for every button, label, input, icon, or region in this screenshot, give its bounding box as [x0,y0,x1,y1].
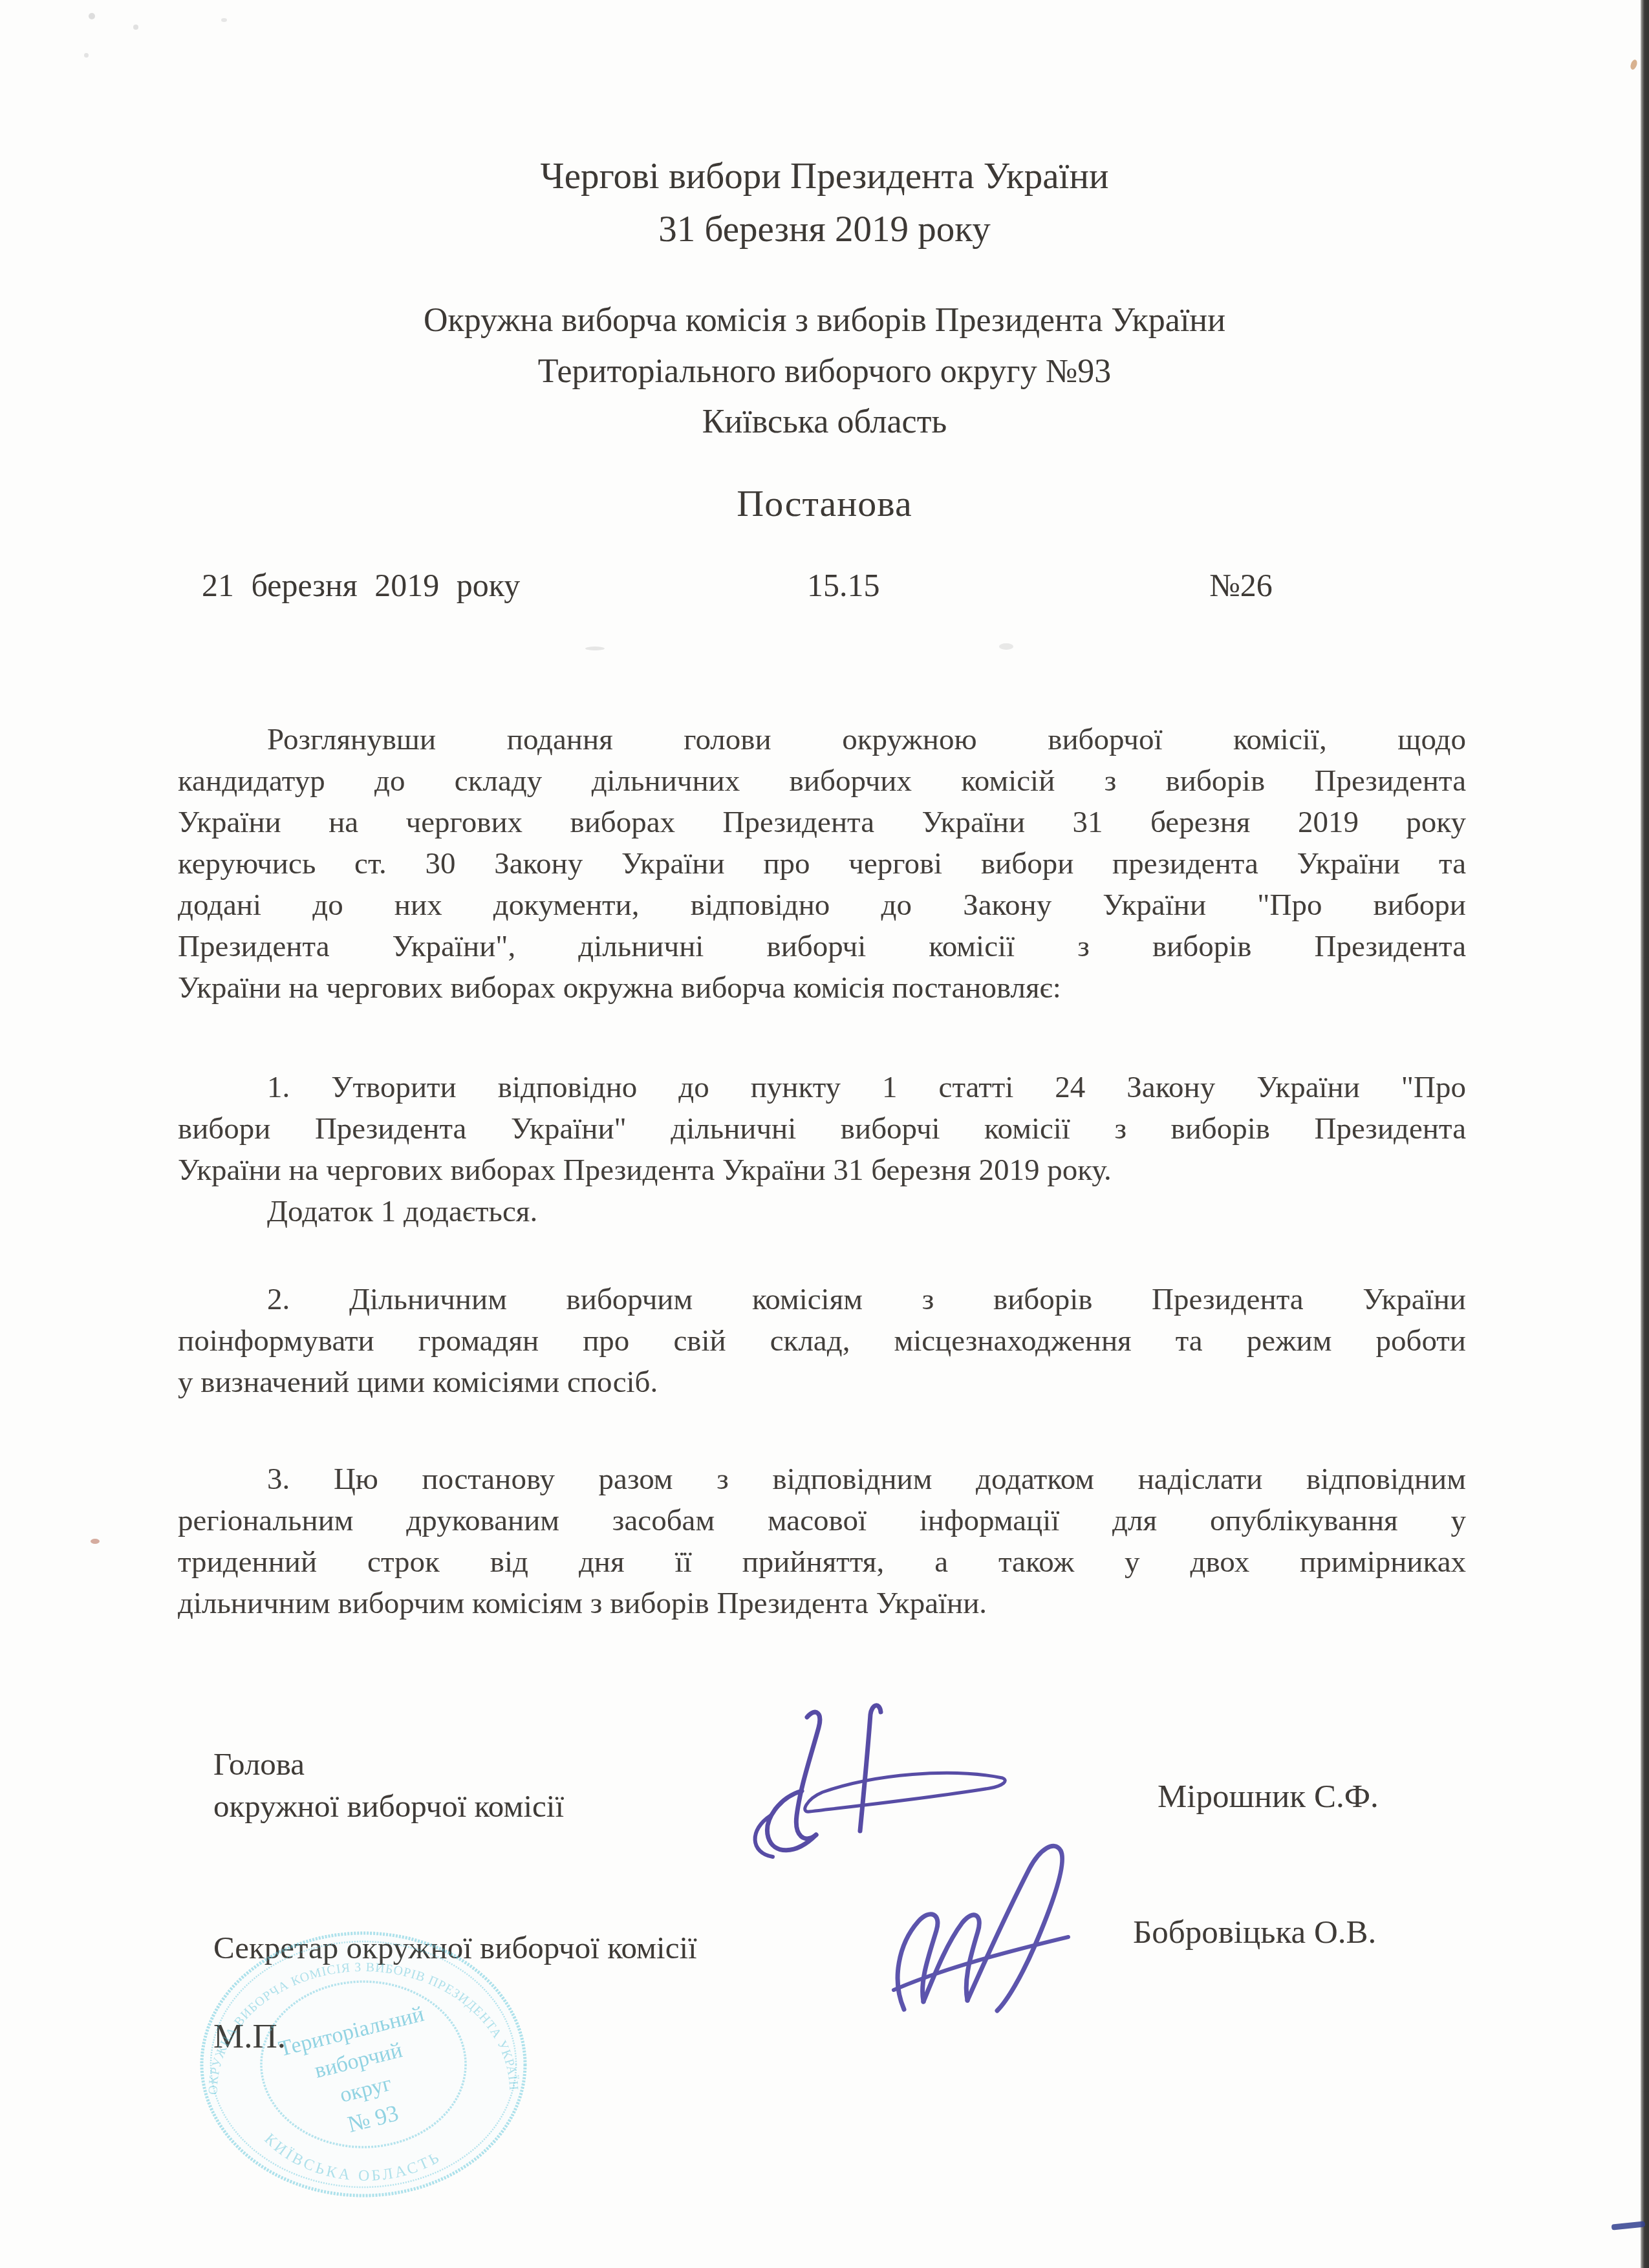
secretary-name: Бобровіцька О.В. [1133,1914,1376,1951]
district-number-line: Територіального виборчого округу №93 [0,352,1649,390]
commission-name-line: Окружна виборча комісія з виборів Презид… [0,301,1649,339]
scan-speck [89,13,95,19]
scan-edge-artifact [1641,0,1649,2268]
secretary-signature-ink [894,1846,1068,2011]
document-number: №26 [1209,566,1273,604]
text-line: 3. Цю постанову разом з відповідним дода… [178,1459,1466,1500]
head-signature-ink [755,1706,1006,1857]
text-line: вибори Президента України" дільничні виб… [178,1108,1466,1150]
intro-paragraph: Розглянувши подання голови окружною вибо… [178,719,1466,1009]
scan-speck [1630,59,1639,70]
text-line: кандидатур до складу дільничних виборчих… [178,760,1466,802]
text-line: керуючись ст. 30 Закону України про черг… [178,843,1466,884]
text-line: України на чергових виборах Президента У… [178,802,1466,843]
text-line: дільничним виборчим комісіям з виборів П… [178,1583,1466,1624]
head-role-line1: Голова [213,1746,305,1782]
text-line: 1. Утворити відповідно до пункту 1 статт… [178,1067,1466,1108]
resolution-item-3: 3. Цю постанову разом з відповідним дода… [178,1459,1466,1624]
text-line: України на чергових виборах окружна вибо… [178,967,1466,1009]
document-type-title: Постанова [0,482,1649,525]
head-role-line2: окружної виборчої комісії [213,1788,564,1824]
resolution-item-2: 2. Дільничним виборчим комісіям з виборі… [178,1279,1466,1403]
election-title-line2: 31 березня 2019 року [0,208,1649,250]
commission-round-stamp: ОКРУЖНА ВИБОРЧА КОМІСІЯ З ВИБОРІВ ПРЕЗИД… [193,1925,535,2207]
text-line: поінформувати громадян про свій склад, м… [178,1320,1466,1362]
handwritten-signatures [711,1681,1112,2030]
document-date: 21 березня 2019 року [202,566,520,604]
scanned-resolution-document: Чергові вибори Президента України 31 бер… [0,0,1649,2268]
text-line: триденний строк від дня її прийняття, а … [178,1541,1466,1583]
document-time: 15.15 [807,566,880,604]
head-name: Мірошник С.Ф. [1158,1778,1379,1815]
election-title-line1: Чергові вибори Президента України [0,155,1649,197]
text-line: додані до них документи, відповідно до З… [178,884,1466,926]
scan-smudge [585,647,605,650]
region-line: Київська область [0,403,1649,441]
scan-speck [133,25,138,30]
text-line: регіональним друкованим засобам масової … [178,1500,1466,1541]
scan-speck [221,18,227,22]
text-line: 2. Дільничним виборчим комісіям з виборі… [178,1279,1466,1320]
text-line: України на чергових виборах Президента У… [178,1150,1466,1191]
text-line: Розглянувши подання голови окружною вибо… [178,719,1466,760]
resolution-item-1: 1. Утворити відповідно до пункту 1 статт… [178,1067,1466,1191]
scan-speck [84,53,89,58]
scan-speck [91,1539,100,1544]
scan-smudge [999,643,1013,650]
appendix-note: Додаток 1 додається. [178,1191,1466,1232]
text-line: у визначений цими комісіями спосіб. [178,1362,1466,1403]
text-line: Президента України", дільничні виборчі к… [178,926,1466,967]
